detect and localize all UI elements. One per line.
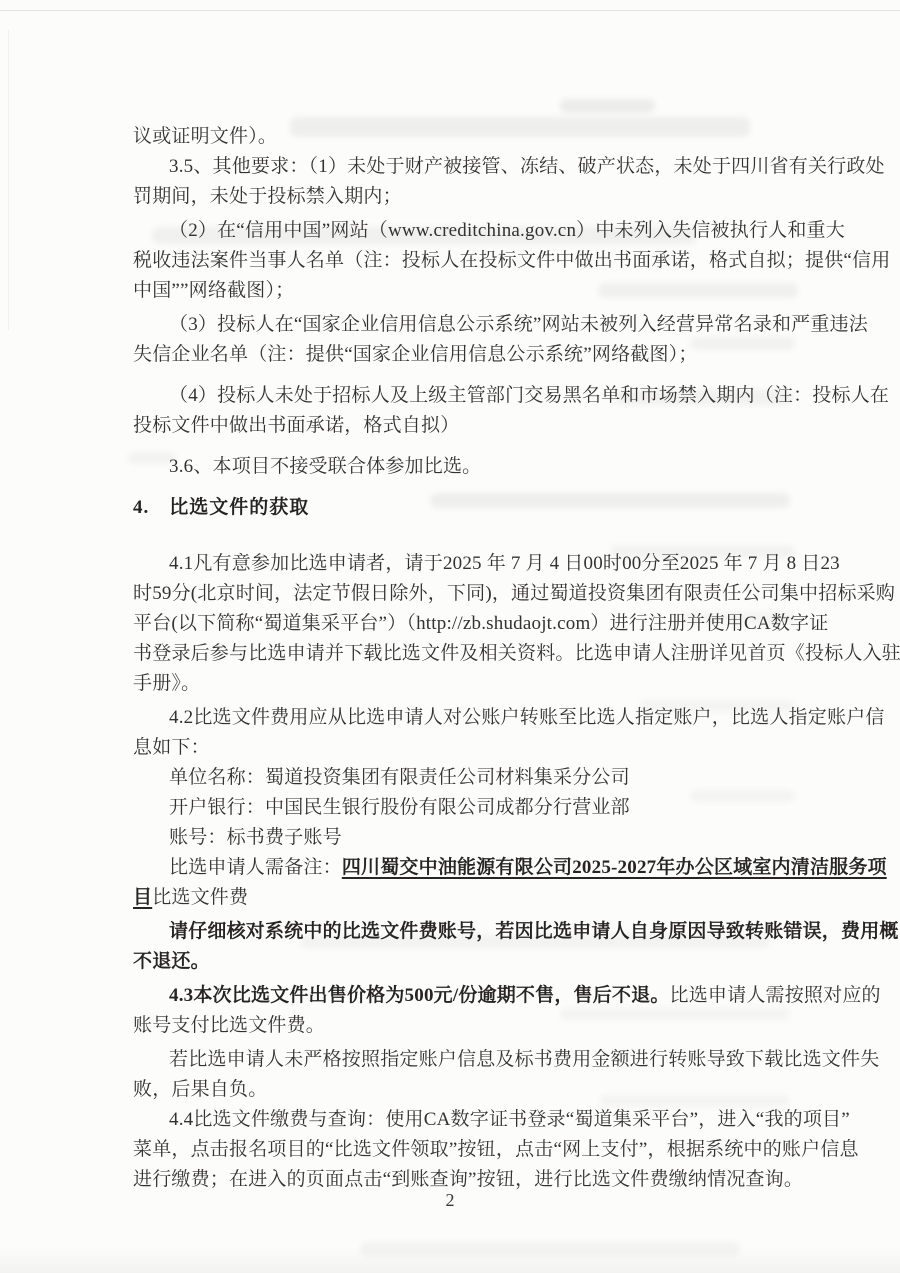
text-line: 4.1凡有意参加比选申请者，请于2025 年 7 月 4 日00时00分至202… xyxy=(133,549,813,579)
text-segment: 投标文件中做出书面承诺，格式自拟） xyxy=(133,415,459,436)
text-line: 4.2比选文件费用应从比选申请人对公账户转账至比选人指定账户，比选人指定账户信 xyxy=(133,703,813,733)
text-segment: 目 xyxy=(133,887,152,908)
text-line: （3）投标人在“国家企业信用信息公示系统”网站未被列入经营异常名录和严重违法 xyxy=(133,310,813,340)
text-line: 若比选申请人未严格按照指定账户信息及标书费用金额进行转账导致下载比选文件失 xyxy=(133,1045,813,1075)
bleed-through-mark xyxy=(360,1242,740,1256)
text-segment: 税收违法案件当事人名单（注：投标人在投标文件中做出书面承诺，格式自拟；提供“信用 xyxy=(133,250,890,271)
bleed-through-mark xyxy=(560,99,655,113)
text-line: 比选申请人需备注：四川蜀交中油能源有限公司2025-2027年办公区域室内清洁服… xyxy=(133,853,813,883)
text-line: 账号：标书费子账号 xyxy=(133,823,813,853)
text-segment: 4. 比选文件的获取 xyxy=(133,497,309,518)
text-segment: 进行缴费；在进入的页面点击“到账查询”按钮，进行比选文件费缴纳情况查询。 xyxy=(133,1169,803,1190)
text-segment: （2）在“信用中国”网站（www.creditchina.gov.cn）中未列入… xyxy=(169,220,845,241)
text-segment: 比选申请人需备注： xyxy=(169,857,342,878)
text-line: 息如下： xyxy=(133,733,813,763)
scan-left-edge-shadow xyxy=(8,30,9,330)
text-segment: 书登录后参与比选申请并下载比选文件及相关资料。比选申请人注册详见首页《投标人入驻 xyxy=(133,643,900,664)
text-segment: 比选文件费 xyxy=(152,887,248,908)
text-segment: 3.6、本项目不接受联合体参加比选。 xyxy=(169,456,481,477)
text-line: 平台(以下简称“蜀道集采平台”）（http://zb.shudaojt.com）… xyxy=(133,609,813,639)
section-heading: 4. 比选文件的获取 xyxy=(133,493,813,523)
text-line: 4.3本次比选文件出售价格为500元/份逾期不售，售后不退。比选申请人需按照对应… xyxy=(133,981,813,1011)
text-segment: 4.3本次比选文件出售价格为500元/份逾期不售，售后不退。 xyxy=(169,985,670,1006)
page-number: 2 xyxy=(0,1188,900,1212)
text-segment: （3）投标人在“国家企业信用信息公示系统”网站未被列入经营异常名录和严重违法 xyxy=(169,314,868,335)
text-line: 3.5、其他要求：（1）未处于财产被接管、冻结、破产状态，未处于四川省有关行政处 xyxy=(133,152,813,182)
text-line: 目比选文件费 xyxy=(133,883,813,913)
text-segment: 议或证明文件）。 xyxy=(133,126,277,147)
text-line: 开户银行：中国民生银行股份有限公司成都分行营业部 xyxy=(133,793,813,823)
text-line: 单位名称：蜀道投资集团有限责任公司材料集采分公司 xyxy=(133,763,813,793)
text-segment: 开户银行：中国民生银行股份有限公司成都分行营业部 xyxy=(169,797,630,818)
text-segment: 4.2比选文件费用应从比选申请人对公账户转账至比选人指定账户，比选人指定账户信 xyxy=(169,707,885,728)
text-segment: 败，后果自负。 xyxy=(133,1079,267,1100)
document-body: 议或证明文件）。3.5、其他要求：（1）未处于财产被接管、冻结、破产状态，未处于… xyxy=(133,122,813,1195)
text-line: 4.4比选文件缴费与查询：使用CA数字证书登录“蜀道集采平台”，进入“我的项目” xyxy=(133,1105,813,1135)
text-segment: 3.5、其他要求：（1）未处于财产被接管、冻结、破产状态，未处于四川省有关行政处 xyxy=(169,156,885,177)
text-line: 3.6、本项目不接受联合体参加比选。 xyxy=(133,452,813,482)
text-line: 失信企业名单（注：提供“国家企业信用信息公示系统”网络截图）； xyxy=(133,340,813,370)
text-line: 罚期间，未处于投标禁入期内； xyxy=(133,182,813,212)
text-line: 税收违法案件当事人名单（注：投标人在投标文件中做出书面承诺，格式自拟；提供“信用 xyxy=(133,246,813,276)
text-segment: 若比选申请人未严格按照指定账户信息及标书费用金额进行转账导致下载比选文件失 xyxy=(169,1049,879,1070)
text-segment: 时59分(北京时间，法定节假日除外，下同)，通过蜀道投资集团有限责任公司集中招标… xyxy=(133,583,895,604)
text-line: 手册》。 xyxy=(133,669,813,699)
text-segment: 不退还。 xyxy=(133,951,210,972)
text-line: （4）投标人未处于招标人及上级主管部门交易黑名单和市场禁入期内（注：投标人在 xyxy=(133,381,813,411)
text-segment: 单位名称：蜀道投资集团有限责任公司材料集采分公司 xyxy=(169,767,630,788)
text-segment: 四川蜀交中油能源有限公司2025-2027年办公区域室内清洁服务项 xyxy=(342,857,887,878)
text-line: 败，后果自负。 xyxy=(133,1075,813,1105)
text-line: 中国””网络截图）； xyxy=(133,276,813,306)
text-segment: 菜单，点击报名项目的“比选文件领取”按钮，点击“网上支付”，根据系统中的账户信息 xyxy=(133,1139,859,1160)
text-line: 账号支付比选文件费。 xyxy=(133,1011,813,1041)
text-segment: 息如下： xyxy=(133,737,210,758)
text-line: 请仔细核对系统中的比选文件费账号，若因比选申请人自身原因导致转账错误，费用概 xyxy=(133,917,813,947)
text-line: 书登录后参与比选申请并下载比选文件及相关资料。比选申请人注册详见首页《投标人入驻 xyxy=(133,639,813,669)
text-segment: 罚期间，未处于投标禁入期内； xyxy=(133,186,402,207)
text-line: 菜单，点击报名项目的“比选文件领取”按钮，点击“网上支付”，根据系统中的账户信息 xyxy=(133,1135,813,1165)
text-segment: 中国””网络截图）； xyxy=(133,280,294,301)
text-line: 议或证明文件）。 xyxy=(133,122,813,152)
text-segment: 平台(以下简称“蜀道集采平台”）（http://zb.shudaojt.com）… xyxy=(133,613,828,634)
text-segment: 请仔细核对系统中的比选文件费账号，若因比选申请人自身原因导致转账错误，费用概 xyxy=(169,921,899,942)
text-segment: （4）投标人未处于招标人及上级主管部门交易黑名单和市场禁入期内（注：投标人在 xyxy=(169,385,889,406)
scanned-document-page: { "page": { "number": "2" }, "content": … xyxy=(0,0,900,1273)
scan-top-edge-line xyxy=(0,10,900,11)
text-line: 时59分(北京时间，法定节假日除外，下同)，通过蜀道投资集团有限责任公司集中招标… xyxy=(133,579,813,609)
text-segment: 账号支付比选文件费。 xyxy=(133,1015,325,1036)
text-line: 不退还。 xyxy=(133,947,813,977)
text-line: （2）在“信用中国”网站（www.creditchina.gov.cn）中未列入… xyxy=(133,216,813,246)
text-segment: 比选申请人需按照对应的 xyxy=(670,985,881,1006)
text-segment: 失信企业名单（注：提供“国家企业信用信息公示系统”网络截图）； xyxy=(133,344,698,365)
text-line: 投标文件中做出书面承诺，格式自拟） xyxy=(133,411,813,441)
text-segment: 账号：标书费子账号 xyxy=(169,827,342,848)
text-segment: 4.4比选文件缴费与查询：使用CA数字证书登录“蜀道集采平台”，进入“我的项目” xyxy=(169,1109,850,1130)
text-segment: 4.1凡有意参加比选申请者，请于2025 年 7 月 4 日00时00分至202… xyxy=(169,553,840,574)
text-segment: 手册》。 xyxy=(133,673,200,694)
